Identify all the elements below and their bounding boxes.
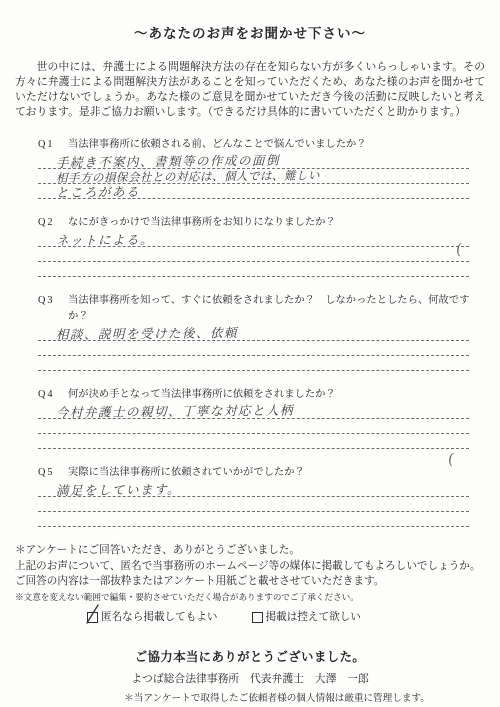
question-label: Q4 xyxy=(38,387,68,403)
answer-line xyxy=(38,356,469,371)
question-row: Q5 実際に当法律事務所に依頼されていかがでしたか？ xyxy=(38,465,485,481)
answer-line: 満足をしています。 xyxy=(38,482,469,497)
privacy-note: ＊当アンケートで取得したご依頼者様の個人情報は厳重に管理します。 xyxy=(15,690,485,704)
question-row: Q3 当法律事務所を知って、すぐに依頼をされましたか？ しなかったとしたら、何故… xyxy=(38,293,485,325)
checkbox-icon xyxy=(87,612,98,623)
question-block-q2: Q2 なにがきっかけで当法律事務所をお知りになりましたか？ ネットによる。 xyxy=(38,215,485,277)
permission-line-1: 上記のお声について、匿名で当事務所のホームページ等の媒体に掲載してもよろしいでし… xyxy=(15,559,485,575)
checkbox-option-no-publication: 掲載は控えて欲しい xyxy=(252,610,361,626)
answer-line xyxy=(38,262,469,277)
question-block-q3: Q3 当法律事務所を知って、すぐに依頼をされましたか？ しなかったとしたら、何故… xyxy=(38,293,485,371)
question-label: Q5 xyxy=(38,465,68,481)
handwritten-answer: 相談、説明を受けた後、依頼 xyxy=(56,323,238,343)
edit-disclaimer-note: ※文意を変えない範囲で編集・要約させていただく場合がありますのでご了承ください。 xyxy=(15,591,485,604)
answer-line: 相談、説明を受けた後、依頼 xyxy=(38,326,469,341)
answer-line xyxy=(38,512,469,527)
answer-line xyxy=(38,434,469,449)
page-title: ～あなたのお声をお聞かせ下さい～ xyxy=(15,22,485,42)
question-block-q5: Q5 実際に当法律事務所に依頼されていかがでしたか？ 満足をしています。 xyxy=(38,465,485,527)
question-block-q1: Q1 当法律事務所に依頼される前、どんなことで悩んでいましたか？ 手続き不案内、… xyxy=(38,137,485,199)
checkbox-label-anonymous-ok: 匿名なら掲載してもよい xyxy=(101,610,218,626)
answer-line: ネットによる。 xyxy=(38,232,469,247)
answer-line xyxy=(38,341,469,356)
question-text: 実際に当法律事務所に依頼されていかがでしたか？ xyxy=(68,465,305,481)
answer-line: 手続き不案内、書類等の作成の面倒 xyxy=(38,154,469,169)
intro-paragraph: 世の中には、弁護士による問題解決方法の存在を知らない方が多くいらっしゃいます。そ… xyxy=(15,60,485,120)
handwritten-check-icon xyxy=(84,604,102,624)
answer-line: 今村弁護士の親切、丁寧な対応と人柄 xyxy=(38,404,469,419)
questions-section: Q1 当法律事務所に依頼される前、どんなことで悩んでいましたか？ 手続き不案内、… xyxy=(15,137,485,527)
question-label: Q2 xyxy=(38,215,68,231)
question-text: 当法律事務所を知って、すぐに依頼をされましたか？ しなかったとしたら、何故ですか… xyxy=(68,293,485,325)
scanned-questionnaire-page: ～あなたのお声をお聞かせ下さい～ 世の中には、弁護士による問題解決方法の存在を知… xyxy=(0,0,500,707)
permission-line-2: ご回答の内容は一部抜粋またはアンケート用紙ごと載せさせていただきます。 xyxy=(15,574,485,590)
closing-section: ご協力本当にありがとうございました。 よつば総合法律事務所 代表弁護士 大澤 一… xyxy=(15,647,485,704)
question-block-q4: Q4 何が決め手となって当法律事務所に依頼をされましたか？ 今村弁護士の親切、丁… xyxy=(38,387,485,449)
checkbox-option-anonymous-ok: 匿名なら掲載してもよい xyxy=(87,610,218,626)
publication-consent-options: 匿名なら掲載してもよい 掲載は控えて欲しい xyxy=(87,610,485,626)
closing-thanks-title: ご協力本当にありがとうございました。 xyxy=(15,647,485,665)
checkbox-icon xyxy=(252,612,263,623)
handwritten-answer: 今村弁護士の親切、丁寧な対応と人柄 xyxy=(56,401,294,421)
question-row: Q2 なにがきっかけで当法律事務所をお知りになりましたか？ xyxy=(38,215,485,231)
checkbox-label-no-publication: 掲載は控えて欲しい xyxy=(266,610,361,626)
handwritten-answer: ところがある xyxy=(56,182,140,201)
answer-line xyxy=(38,247,469,262)
footer-notes-section: ＊アンケートにご回答いただき、ありがとうございました。 上記のお声について、匿名… xyxy=(15,543,485,625)
thanks-note: ＊アンケートにご回答いただき、ありがとうございました。 xyxy=(15,543,485,559)
question-label: Q1 xyxy=(38,137,68,153)
answer-line: ところがある xyxy=(38,184,469,199)
answer-line xyxy=(38,419,469,434)
answer-line xyxy=(38,497,469,512)
question-text: なにがきっかけで当法律事務所をお知りになりましたか？ xyxy=(68,215,336,231)
office-signature-line: よつば総合法律事務所 代表弁護士 大澤 一郎 xyxy=(15,671,485,686)
question-label: Q3 xyxy=(38,293,68,325)
